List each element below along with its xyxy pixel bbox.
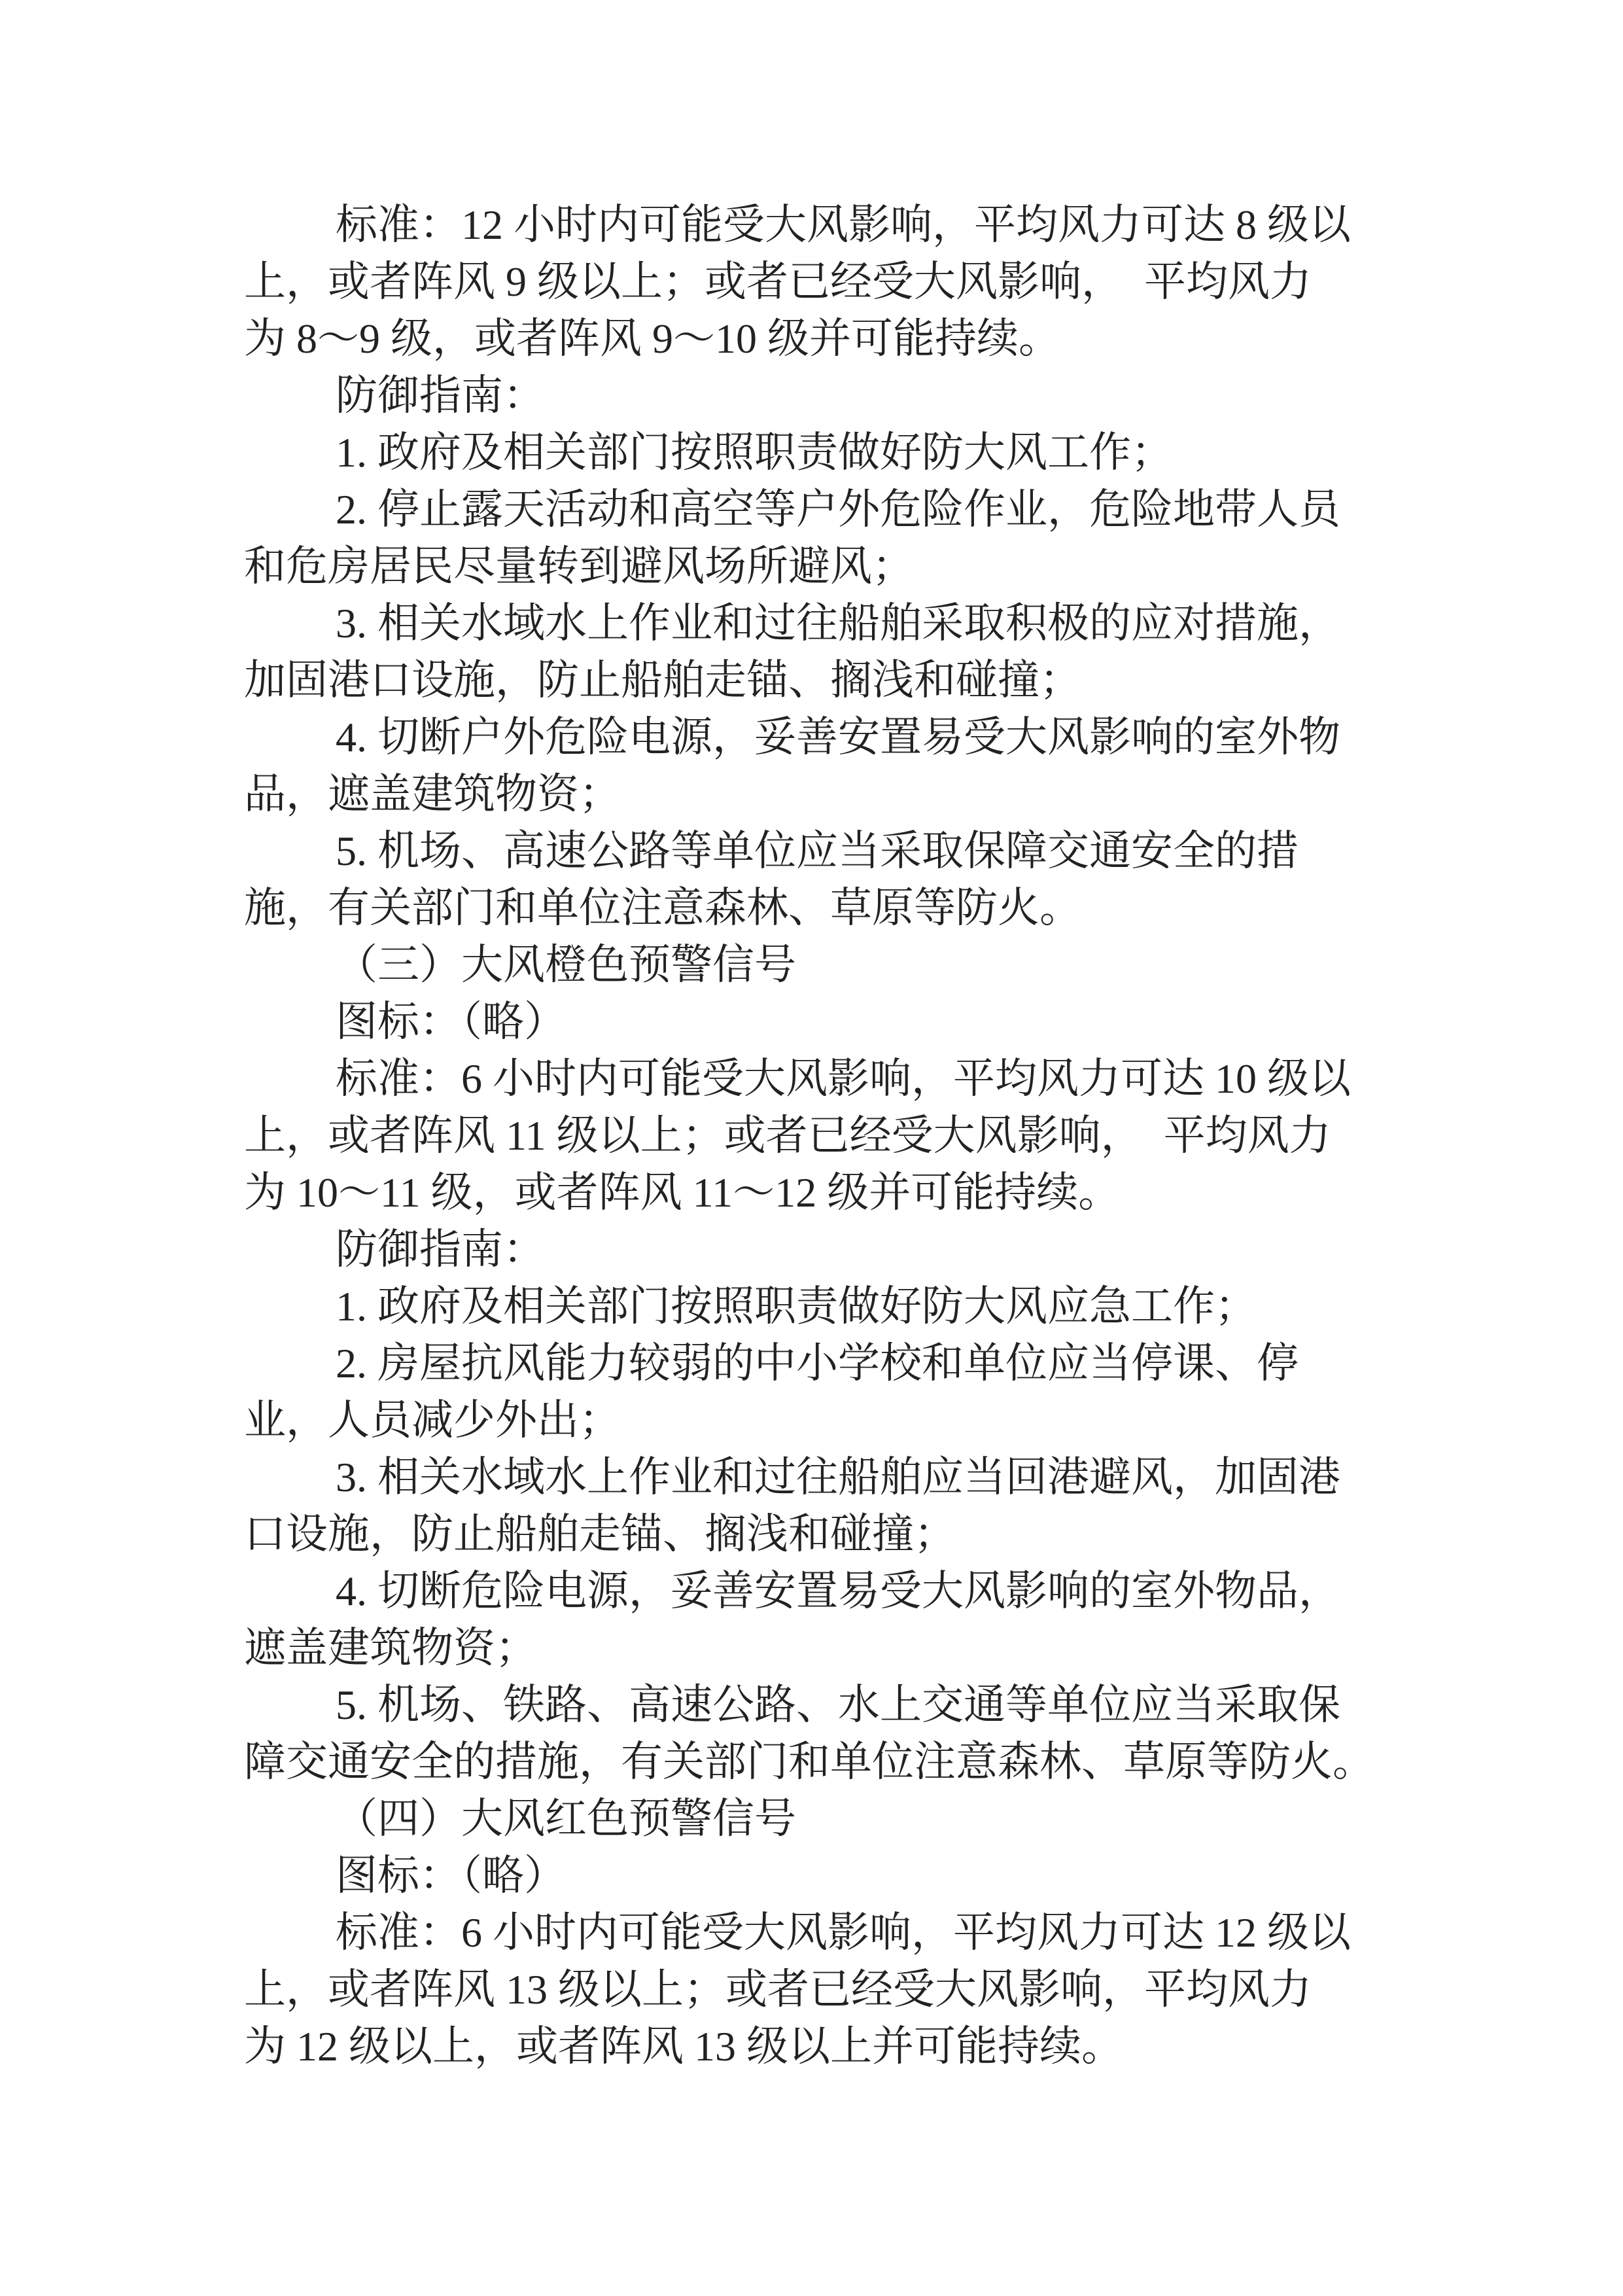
text-line: 为 10～11 级，或者阵风 11～12 级并可能持续。: [244, 1164, 1386, 1221]
text-line: 施，有关部门和单位注意森林、草原等防火。: [244, 879, 1386, 936]
document-text: 标准：12 小时内可能受大风影响，平均风力可达 8 级以上，或者阵风 9 级以上…: [244, 196, 1386, 2075]
text-line: 加固港口设施，防止船舶走锚、搁浅和碰撞；: [244, 652, 1386, 709]
text-line: 图标：（略）: [244, 993, 1386, 1050]
paragraph: （三）大风橙色预警信号: [244, 936, 1386, 993]
text-line: 为 8～9 级，或者阵风 9～10 级并可能持续。: [244, 310, 1386, 367]
text-line: 图标：（略）: [244, 1847, 1386, 1904]
text-line: 标准：6 小时内可能受大风影响，平均风力可达 10 级以: [244, 1050, 1386, 1107]
text-line: 口设施，防止船舶走锚、搁浅和碰撞；: [244, 1506, 1386, 1563]
text-line: 上，或者阵风 11 级以上；或者已经受大风影响， 平均风力: [244, 1107, 1386, 1164]
paragraph: 2. 房屋抗风能力较弱的中小学校和单位应当停课、停业，人员减少外出；: [244, 1335, 1386, 1449]
text-line: 标准：12 小时内可能受大风影响，平均风力可达 8 级以: [244, 196, 1386, 253]
paragraph: 2. 停止露天活动和高空等户外危险作业，危险地带人员和危房居民尽量转到避风场所避…: [244, 481, 1386, 595]
text-line: 防御指南：: [244, 1221, 1386, 1278]
paragraph: 1. 政府及相关部门按照职责做好防大风工作；: [244, 424, 1386, 481]
paragraph: 标准：12 小时内可能受大风影响，平均风力可达 8 级以上，或者阵风 9 级以上…: [244, 196, 1386, 367]
paragraph: 图标：（略）: [244, 1847, 1386, 1904]
paragraph: 标准：6 小时内可能受大风影响，平均风力可达 12 级以上，或者阵风 13 级以…: [244, 1904, 1386, 2075]
text-line: 业，人员减少外出；: [244, 1392, 1386, 1449]
text-line: 和危房居民尽量转到避风场所避风；: [244, 538, 1386, 595]
paragraph: 5. 机场、高速公路等单位应当采取保障交通安全的措施，有关部门和单位注意森林、草…: [244, 822, 1386, 936]
text-line: 为 12 级以上，或者阵风 13 级以上并可能持续。: [244, 2018, 1386, 2075]
paragraph: 5. 机场、铁路、高速公路、水上交通等单位应当采取保障交通安全的措施，有关部门和…: [244, 1676, 1386, 1790]
paragraph: 4. 切断危险电源，妥善安置易受大风影响的室外物品，遮盖建筑物资；: [244, 1563, 1386, 1676]
text-line: （四）大风红色预警信号: [244, 1790, 1386, 1847]
text-line: 5. 机场、高速公路等单位应当采取保障交通安全的措: [244, 822, 1386, 879]
paragraph: 1. 政府及相关部门按照职责做好防大风应急工作；: [244, 1278, 1386, 1335]
paragraph: 标准：6 小时内可能受大风影响，平均风力可达 10 级以上，或者阵风 11 级以…: [244, 1050, 1386, 1221]
text-line: 4. 切断危险电源，妥善安置易受大风影响的室外物品，: [244, 1563, 1386, 1619]
text-line: 1. 政府及相关部门按照职责做好防大风应急工作；: [244, 1278, 1386, 1335]
text-line: 2. 房屋抗风能力较弱的中小学校和单位应当停课、停: [244, 1335, 1386, 1392]
text-line: 标准：6 小时内可能受大风影响，平均风力可达 12 级以: [244, 1904, 1386, 1961]
text-line: 1. 政府及相关部门按照职责做好防大风工作；: [244, 424, 1386, 481]
text-line: （三）大风橙色预警信号: [244, 936, 1386, 993]
document-page: 标准：12 小时内可能受大风影响，平均风力可达 8 级以上，或者阵风 9 级以上…: [0, 0, 1623, 2296]
text-line: 上，或者阵风 13 级以上；或者已经受大风影响，平均风力: [244, 1961, 1386, 2018]
text-line: 5. 机场、铁路、高速公路、水上交通等单位应当采取保: [244, 1676, 1386, 1733]
paragraph: 图标：（略）: [244, 993, 1386, 1050]
text-line: 2. 停止露天活动和高空等户外危险作业，危险地带人员: [244, 481, 1386, 538]
paragraph: 3. 相关水域水上作业和过往船舶应当回港避风，加固港口设施，防止船舶走锚、搁浅和…: [244, 1449, 1386, 1563]
text-line: 4. 切断户外危险电源，妥善安置易受大风影响的室外物: [244, 709, 1386, 766]
text-line: 品，遮盖建筑物资；: [244, 766, 1386, 822]
text-line: 遮盖建筑物资；: [244, 1619, 1386, 1676]
paragraph: （四）大风红色预警信号: [244, 1790, 1386, 1847]
text-line: 3. 相关水域水上作业和过往船舶应当回港避风，加固港: [244, 1449, 1386, 1506]
text-line: 上，或者阵风 9 级以上；或者已经受大风影响， 平均风力: [244, 253, 1386, 310]
paragraph: 防御指南：: [244, 367, 1386, 424]
text-line: 3. 相关水域水上作业和过往船舶采取积极的应对措施，: [244, 595, 1386, 652]
text-line: 防御指南：: [244, 367, 1386, 424]
paragraph: 防御指南：: [244, 1221, 1386, 1278]
text-line: 障交通安全的措施，有关部门和单位注意森林、草原等防火。: [244, 1733, 1386, 1790]
paragraph: 3. 相关水域水上作业和过往船舶采取积极的应对措施，加固港口设施，防止船舶走锚、…: [244, 595, 1386, 709]
paragraph: 4. 切断户外危险电源，妥善安置易受大风影响的室外物品，遮盖建筑物资；: [244, 709, 1386, 822]
